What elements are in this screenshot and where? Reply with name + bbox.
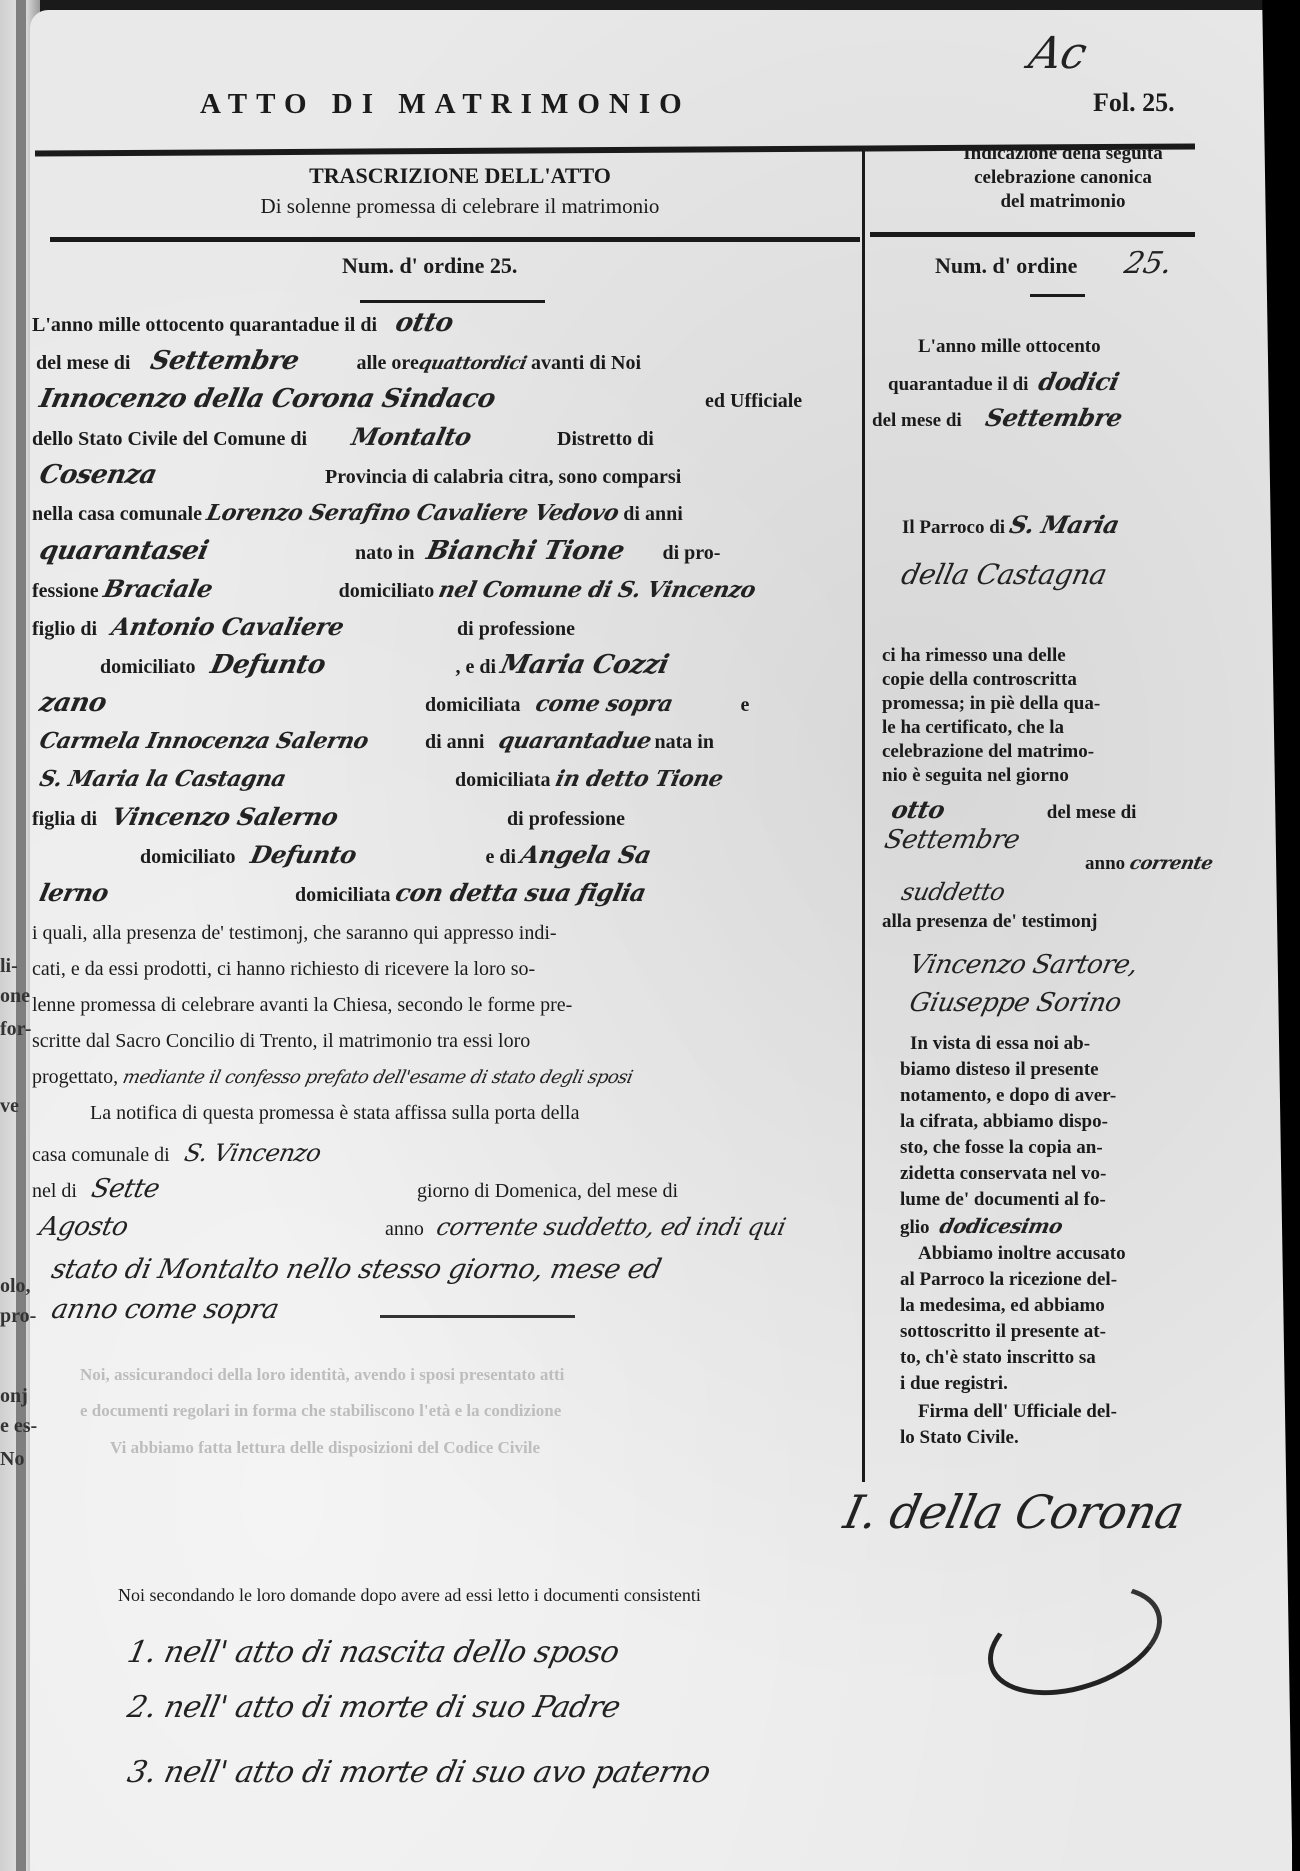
right-anno-line: anno corrente	[1085, 852, 1212, 876]
right-header-rule	[870, 232, 1195, 237]
right-anno-value-2: suddetto	[899, 878, 1007, 906]
left-line-8: fessione Braciale domiciliato nel Comune…	[32, 576, 755, 604]
folio-number: Fol. 25.	[1093, 88, 1175, 118]
document-item-1: 1. nell' atto di nascita dello sposo	[124, 1635, 622, 1670]
casa-comunale-line: casa comunale di S. Vincenzo	[32, 1140, 320, 1168]
left-fragment-9: No	[0, 1448, 24, 1471]
bottom-printed-line: Noi secondando le loro domande dopo aver…	[118, 1582, 701, 1608]
register-page: Ac ATTO DI MATRIMONIO Fol. 25. TRASCRIZI…	[30, 10, 1292, 1871]
right-foglio-line: glio dodicesimo	[900, 1214, 1062, 1240]
right-num-ordine-label: Num. d' ordine	[935, 253, 1077, 279]
left-fragment-1: li-	[0, 955, 18, 978]
right-firma-2: lo Stato Civile.	[900, 1426, 1019, 1450]
column-divider	[862, 147, 865, 1482]
extra-handwriting-1: stato di Montalto nello stesso giorno, m…	[49, 1254, 664, 1285]
right-body3-3: la medesima, ed abbiamo	[900, 1294, 1105, 1318]
left-fragment-8: e es-	[0, 1415, 37, 1438]
officer-signature: I. della Corona	[839, 1485, 1188, 1539]
left-line-3: Innocenzo della Corona Sindaco ed Uffici…	[40, 386, 802, 414]
left-line-16: lerno domiciliata con detta sua figlia	[40, 880, 645, 908]
right-body2-1: In vista di essa noi ab-	[910, 1032, 1090, 1056]
right-body3-5: to, ch'è stato inscritto sa	[900, 1346, 1096, 1370]
left-line-4: dello Stato Civile del Comune di Montalt…	[32, 424, 654, 452]
right-column-header: Indicazione della seguita celebrazione c…	[898, 142, 1228, 214]
right-giorno-line: otto del mese di	[892, 798, 1136, 825]
left-line-13: S. Maria la Castagna domiciliata in dett…	[40, 766, 722, 793]
extra-handwriting-2: anno come sopra	[49, 1294, 282, 1325]
right-body1-5: celebrazione del matrimo-	[882, 740, 1094, 764]
left-num-underline	[360, 300, 545, 303]
left-fragment-5: olo,	[0, 1275, 31, 1298]
left-line-7: quarantasei nato in Bianchi Tione di pro…	[40, 538, 720, 566]
left-header-title: TRASCRIZIONE DELL'ATTO	[150, 160, 770, 191]
nel-di-line: nel di Sette giorno di Domenica, del mes…	[32, 1176, 678, 1204]
left-line-11: zano domiciliata come sopra e	[40, 690, 749, 718]
left-line-10: domiciliato Defunto , e di Maria Cozzi	[100, 652, 668, 680]
left-fragment-7: onj	[0, 1385, 28, 1408]
right-p3: del mese di Settembre	[872, 406, 1122, 433]
left-column-header: TRASCRIZIONE DELL'ATTO Di solenne promes…	[150, 160, 770, 222]
right-body3-6: i due registri.	[900, 1372, 1008, 1396]
right-p1: L'anno mille ottocento	[918, 335, 1101, 359]
document-item-2: 2. nell' atto di morte di suo Padre	[124, 1690, 623, 1725]
right-body2-3: notamento, e dopo di aver-	[900, 1084, 1116, 1108]
right-body3-2: al Parroco la ricezione del-	[900, 1268, 1117, 1292]
left-fragment-6: pro-	[0, 1305, 36, 1328]
body-line-1: i quali, alla presenza de' testimonj, ch…	[32, 920, 557, 946]
left-line-12: Carmela Innocenza Salerno di anni quaran…	[40, 728, 714, 755]
witness-2: Giuseppe Sorino	[907, 988, 1124, 1018]
right-mese-value: Settembre	[882, 825, 1022, 855]
handwriting-closing-stroke	[380, 1315, 575, 1318]
left-fragment-3: for-	[0, 1018, 31, 1041]
right-body1-4: le ha certificato, che la	[882, 716, 1064, 740]
left-line-14: figlia di Vincenzo Salerno di profession…	[32, 804, 625, 832]
book-spine-shadow	[16, 0, 26, 1871]
left-header-rule	[50, 237, 860, 242]
right-body2-7: lume de' documenti al fo-	[900, 1188, 1106, 1212]
left-header-subtitle: Di solenne promessa di celebrare il matr…	[150, 191, 770, 222]
witness-1: Vincenzo Sartore,	[907, 950, 1141, 980]
left-fragment-2: one	[0, 985, 30, 1008]
right-firma-1: Firma dell' Ufficiale del-	[918, 1400, 1117, 1424]
anno-line: Agosto anno corrente suddetto, ed indi q…	[40, 1214, 785, 1242]
right-parroco: Il Parroco di S. Maria	[902, 513, 1118, 540]
official-seal-flourish	[974, 1565, 1176, 1716]
right-header-line-1: Indicazione della seguita	[898, 142, 1228, 166]
document-item-3: 3. nell' atto di morte di suo avo patern…	[124, 1755, 713, 1790]
right-body1-1: ci ha rimesso una delle	[882, 644, 1066, 668]
left-line-9: figlio di Antonio Cavaliere di professio…	[32, 614, 575, 642]
progettato-line: progettato, mediante il confesso prefato…	[32, 1064, 632, 1091]
right-body1-3: promessa; in piè della qua-	[882, 692, 1100, 716]
bleed-through-2: e documenti regolari in forma che stabil…	[80, 1401, 561, 1421]
right-body2-6: zidetta conservata nel vo-	[900, 1162, 1106, 1186]
body-line-2: cati, e da essi prodotti, ci hanno richi…	[32, 956, 535, 982]
left-line-6: nella casa comunale Lorenzo Serafino Cav…	[32, 500, 683, 527]
left-line-1: L'anno mille ottocento quarantadue il di…	[32, 310, 453, 338]
right-header-line-2: celebrazione canonica	[898, 166, 1228, 190]
body-line-4: scritte dal Sacro Concilio di Trento, il…	[32, 1028, 530, 1054]
left-line-2: del mese di Settembre alle orequattordic…	[36, 348, 641, 377]
bleed-through-1: Noi, assicurandoci della loro identità, …	[80, 1365, 564, 1385]
right-body2-5: sto, che fosse la copia an-	[900, 1136, 1103, 1160]
top-annotation: Ac	[1025, 28, 1091, 79]
right-parroco-place: della Castagna	[898, 558, 1109, 591]
right-body2-4: la cifrata, abbiamo dispo-	[900, 1110, 1108, 1134]
page-title: ATTO DI MATRIMONIO	[200, 88, 691, 121]
left-fragment-4: ve	[0, 1095, 19, 1118]
left-num-ordine: Num. d' ordine 25.	[342, 253, 517, 279]
right-body2-2: biamo disteso il presente	[900, 1058, 1099, 1082]
right-header-line-3: del matrimonio	[898, 190, 1228, 214]
notifica-line: La notifica di questa promessa è stata a…	[90, 1100, 579, 1126]
right-body1-6: nio è seguita nel giorno	[882, 764, 1069, 788]
right-body3-4: sottoscritto il presente at-	[900, 1320, 1106, 1344]
right-p2: quarantadue il di dodici	[888, 370, 1119, 397]
right-body3-1: Abbiamo inoltre accusato	[918, 1242, 1126, 1266]
left-line-15: domiciliato Defunto e di Angela Sa	[140, 842, 651, 870]
right-num-ordine-value: 25.	[1121, 246, 1175, 281]
left-line-5: Cosenza Provincia di calabria citra, son…	[40, 462, 681, 490]
body-line-3: lenne promessa di celebrare avanti la Ch…	[32, 992, 572, 1018]
right-presenza-line: alla presenza de' testimonj	[882, 910, 1098, 934]
bleed-through-3: Vi abbiamo fatta lettura delle disposizi…	[110, 1438, 540, 1458]
right-num-underline	[1030, 294, 1085, 297]
right-body1-2: copie della controscritta	[882, 668, 1077, 692]
